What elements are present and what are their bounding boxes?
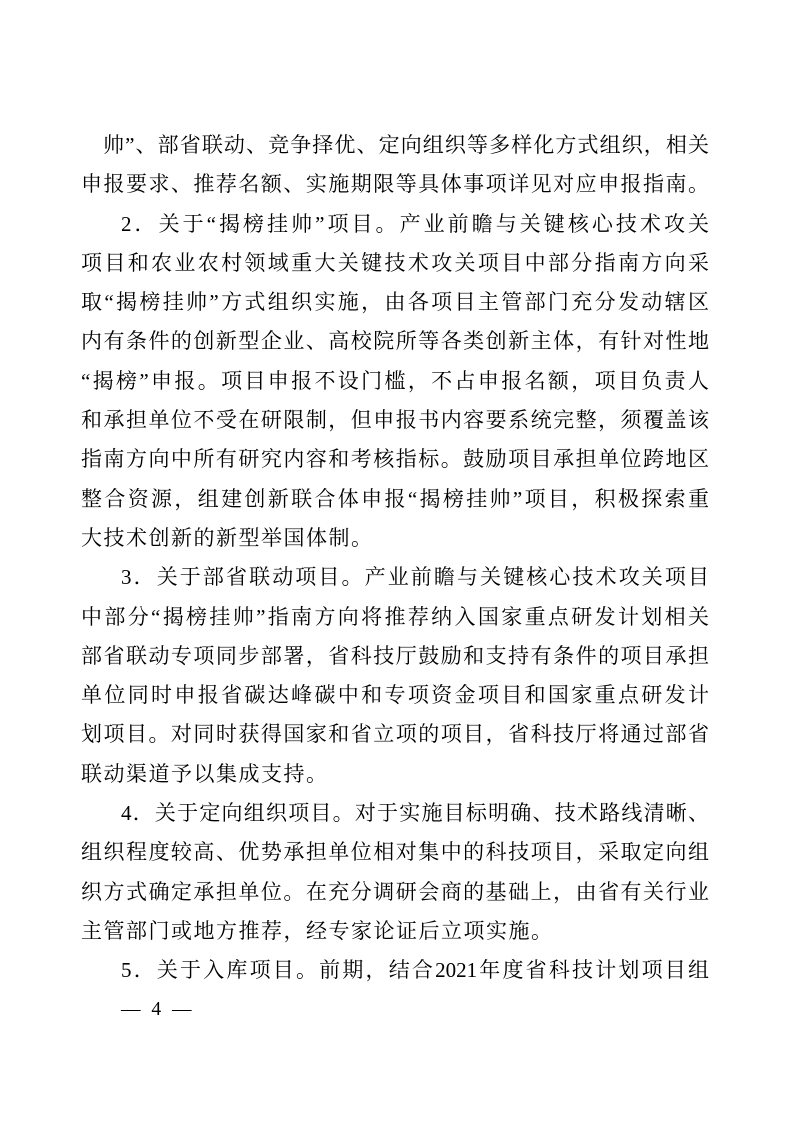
text-line: 内有条件的创新型企业、高校院所等各类创新主体，有针对性地 xyxy=(81,322,709,361)
text-line: 大技术创新的新型举国体制。 xyxy=(81,519,709,558)
text-line: 申报要求、推荐名额、实施期限等具体事项详见对应申报指南。 xyxy=(81,165,709,204)
document-page: 帅”、部省联动、竞争择优、定向组织等多样化方式组织，相关申报要求、推荐名额、实施… xyxy=(0,0,794,1123)
text-line: 联动渠道予以集成支持。 xyxy=(81,755,709,794)
text-line: 划项目。对同时获得国家和省立项的项目，省科技厅将通过部省 xyxy=(81,715,709,754)
text-line: 织方式确定承担单位。在充分调研会商的基础上，由省有关行业 xyxy=(81,873,709,912)
text-line: 部省联动专项同步部署，省科技厅鼓励和支持有条件的项目承担 xyxy=(81,637,709,676)
text-line: 和承担单位不受在研限制，但申报书内容要系统完整，须覆盖该 xyxy=(81,401,709,440)
text-line: 整合资源，组建创新联合体申报“揭榜挂帅”项目，积极探索重 xyxy=(81,480,709,519)
text-line: 单位同时申报省碳达峰碳中和专项资金项目和国家重点研发计 xyxy=(81,676,709,715)
text-line: 项目和农业农村领域重大关键技术攻关项目中部分指南方向采 xyxy=(81,244,709,283)
text-line: 中部分“揭榜挂帅”指南方向将推荐纳入国家重点研发计划相关 xyxy=(81,598,709,637)
text-line: 取“揭榜挂帅”方式组织实施，由各项目主管部门充分发动辖区 xyxy=(81,283,709,322)
text-line: 组织程度较高、优势承担单位相对集中的科技项目，采取定向组 xyxy=(81,833,709,872)
text-line: 指南方向中所有研究内容和考核指标。鼓励项目承担单位跨地区 xyxy=(81,440,709,479)
text-line: 主管部门或地方推荐，经专家论证后立项实施。 xyxy=(81,912,709,951)
text-line: 2．关于“揭榜挂帅”项目。产业前瞻与关键核心技术攻关 xyxy=(81,205,709,244)
text-line: 5．关于入库项目。前期，结合2021年度省科技计划项目组 xyxy=(81,951,709,990)
text-line: 3．关于部省联动项目。产业前瞻与关键核心技术攻关项目 xyxy=(81,558,709,597)
page-number: — 4 — xyxy=(121,998,193,1022)
document-body: 帅”、部省联动、竞争择优、定向组织等多样化方式组织，相关申报要求、推荐名额、实施… xyxy=(81,126,709,991)
text-line: “揭榜”申报。项目申报不设门槛，不占申报名额，项目负责人 xyxy=(81,362,709,401)
text-line: 4．关于定向组织项目。对于实施目标明确、技术路线清晰、 xyxy=(81,794,709,833)
text-line: 帅”、部省联动、竞争择优、定向组织等多样化方式组织，相关 xyxy=(81,126,709,165)
